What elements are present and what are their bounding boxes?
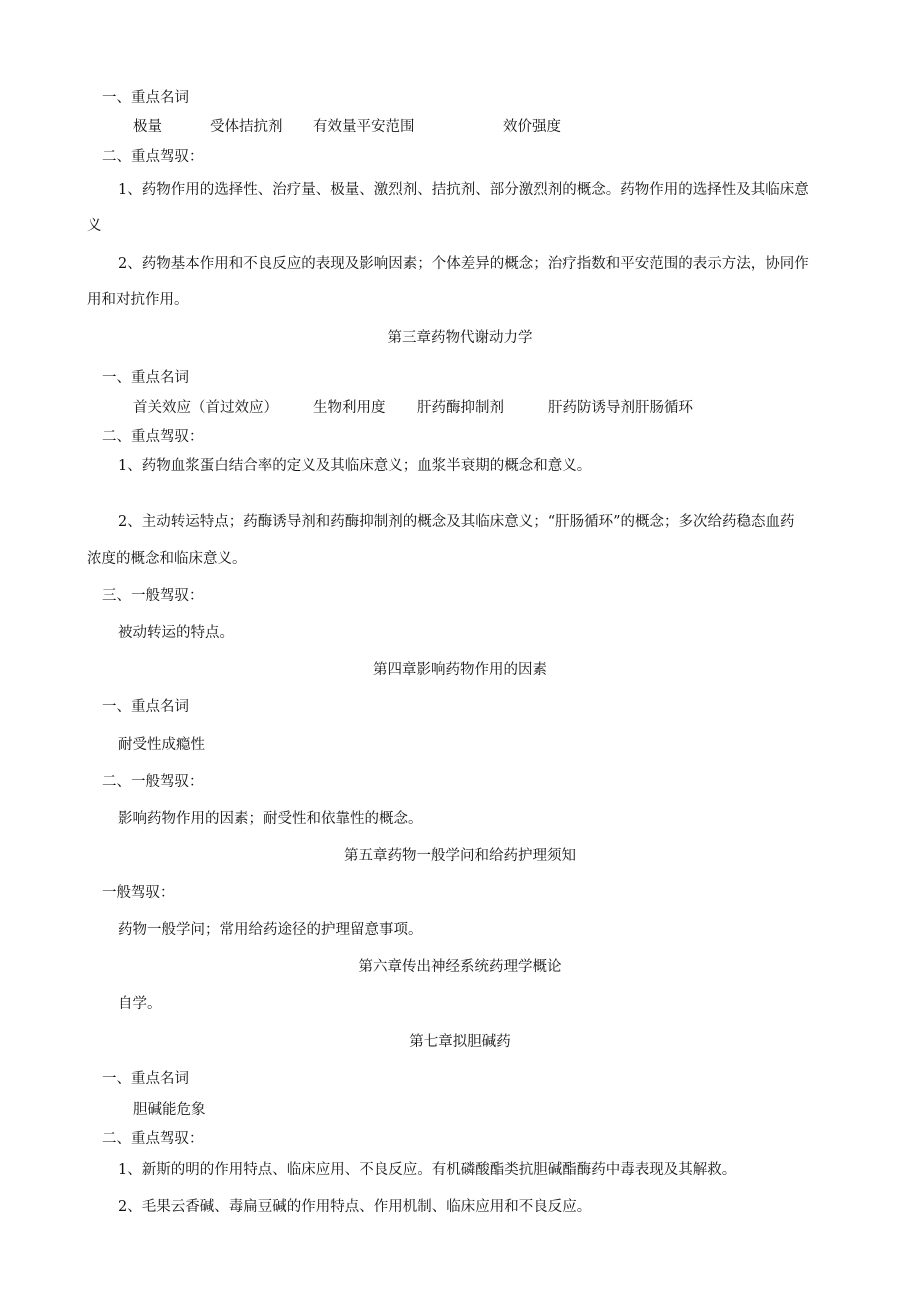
section-heading: 二、一般驾驭：: [102, 773, 204, 791]
term: 肝药酶抑制剂: [417, 399, 504, 417]
term: 生物利用度: [313, 399, 386, 417]
paragraph-cont: 用和对抗作用。: [87, 291, 189, 309]
term: 有效量平安范围: [313, 118, 415, 136]
section-heading: 一、重点名词: [102, 698, 189, 716]
term: 受体拮抗剂: [210, 118, 283, 136]
section-heading: 一、重点名词: [102, 1070, 189, 1088]
paragraph: 被动转运的特点。: [118, 624, 234, 642]
key-terms: 耐受性成瘾性: [118, 736, 205, 754]
paragraph: 1、新斯的明的作用特点、临床应用、不良反应。有机磷酸酯类抗胆碱酯酶药中毒表现及其…: [118, 1161, 736, 1179]
term: 效价强度: [503, 118, 561, 136]
paragraph-cont: 浓度的概念和临床意义。: [87, 550, 247, 568]
section-heading: 一般驾驭：: [102, 884, 175, 902]
paragraph: 2、主动转运特点；药酶诱导剂和药酶抑制剂的概念及其临床意义；“肝肠循环”的概念；…: [118, 513, 795, 531]
chapter-title: 第四章影响药物作用的因素: [0, 661, 920, 679]
section-heading: 二、重点驾驭：: [102, 428, 204, 446]
key-terms: 胆碱能危象: [133, 1101, 206, 1119]
section-heading: 二、重点驾驭：: [102, 1130, 204, 1148]
term: 首关效应（首过效应）: [133, 399, 278, 417]
paragraph: 自学。: [118, 995, 162, 1013]
paragraph-cont: 义: [87, 217, 102, 235]
paragraph: 1、药物作用的选择性、治疗量、极量、激烈剂、拮抗剂、部分激烈剂的概念。药物作用的…: [118, 181, 809, 199]
section-heading: 三、一般驾驭：: [102, 587, 204, 605]
term: 极量: [133, 118, 162, 136]
paragraph: 2、毛果云香碱、毒扁豆碱的作用特点、作用机制、临床应用和不良反应。: [118, 1198, 591, 1216]
chapter-title: 第七章拟胆碱药: [0, 1033, 920, 1051]
term: 肝药防诱导剂肝肠循环: [548, 399, 693, 417]
chapter-title: 第五章药物一般学问和给药护理须知: [0, 847, 920, 865]
paragraph: 影响药物作用的因素；耐受性和依靠性的概念。: [118, 810, 423, 828]
section-heading: 一、重点名词: [102, 369, 189, 387]
section-heading: 二、重点驾驭：: [102, 148, 204, 166]
paragraph: 1、药物血浆蛋白结合率的定义及其临床意义；血浆半衰期的概念和意义。: [118, 457, 591, 475]
paragraph: 药物一般学问；常用给药途径的护理留意事项。: [118, 921, 423, 939]
section-heading: 一、重点名词: [102, 89, 189, 107]
chapter-title: 第三章药物代谢动力学: [0, 329, 920, 347]
chapter-title: 第六章传出神经系统药理学概论: [0, 958, 920, 976]
paragraph: 2、药物基本作用和不良反应的表现及影响因素；个体差异的概念；治疗指数和平安范围的…: [118, 255, 809, 273]
